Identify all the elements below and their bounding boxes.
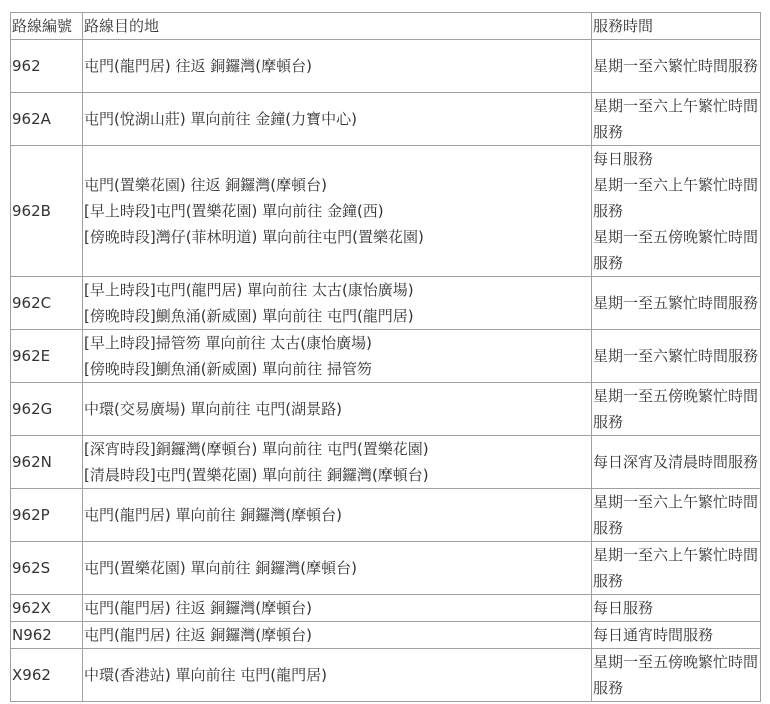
destination-line: 中環(香港站) 單向前往 屯門(龍門居) [84,662,590,688]
destination-line: [深宵時段]銅鑼灣(摩頓台) 單向前往 屯門(置樂花園) [84,436,590,462]
route-table-body: 962屯門(龍門居) 往返 銅鑼灣(摩頓台)星期一至六繁忙時間服務962A屯門(… [11,40,761,702]
service-line: 每日通宵時間服務 [593,622,759,648]
table-row: 962S屯門(置樂花園) 單向前往 銅鑼灣(摩頓台)星期一至六上午繁忙時間服務 [11,542,761,595]
destination-line: [清晨時段]屯門(置樂花園) 單向前往 銅鑼灣(摩頓台) [84,462,590,488]
route-destination: 屯門(龍門居) 單向前往 銅鑼灣(摩頓台) [83,489,592,542]
destination-line: 屯門(龍門居) 往返 銅鑼灣(摩頓台) [84,622,590,648]
route-number: 962S [11,542,83,595]
table-row: 962A屯門(悅湖山莊) 單向前往 金鐘(力寶中心)星期一至六上午繁忙時間服務 [11,93,761,146]
header-row: 路線編號 路線目的地 服務時間 [11,13,761,40]
route-destination: [早上時段]掃管笏 單向前往 太古(康怡廣場)[傍晚時段]鰂魚涌(新威園) 單向… [83,330,592,383]
service-hours: 星期一至五傍晚繁忙時間服務 [592,649,761,702]
service-line: 星期一至六上午繁忙時間服務 [593,542,759,594]
route-destination: [深宵時段]銅鑼灣(摩頓台) 單向前往 屯門(置樂花園)[清晨時段]屯門(置樂花… [83,436,592,489]
service-hours: 每日服務星期一至六上午繁忙時間服務星期一至五傍晚繁忙時間服務 [592,146,761,277]
service-hours: 星期一至五傍晚繁忙時間服務 [592,383,761,436]
table-row: 962X屯門(龍門居) 往返 銅鑼灣(摩頓台)每日服務 [11,595,761,622]
destination-line: [傍晚時段]鰂魚涌(新威園) 單向前往 屯門(龍門居) [84,303,590,329]
route-number: 962 [11,40,83,93]
route-number: 962B [11,146,83,277]
header-route-number: 路線編號 [11,13,83,40]
service-hours: 星期一至六上午繁忙時間服務 [592,489,761,542]
destination-line: [早上時段]掃管笏 單向前往 太古(康怡廣場) [84,330,590,356]
route-number: N962 [11,622,83,649]
service-line: 星期一至六上午繁忙時間服務 [593,172,759,224]
table-row: 962B屯門(置樂花園) 往返 銅鑼灣(摩頓台)[早上時段]屯門(置樂花園) 單… [11,146,761,277]
route-destination: 屯門(置樂花園) 往返 銅鑼灣(摩頓台)[早上時段]屯門(置樂花園) 單向前往 … [83,146,592,277]
service-hours: 每日通宵時間服務 [592,622,761,649]
service-line: 每日服務 [593,595,759,621]
destination-line: [傍晚時段]灣仔(菲林明道) 單向前往屯門(置樂花園) [84,224,590,250]
service-line: 星期一至六上午繁忙時間服務 [593,93,759,145]
table-row: 962N[深宵時段]銅鑼灣(摩頓台) 單向前往 屯門(置樂花園)[清晨時段]屯門… [11,436,761,489]
table-row: 962E[早上時段]掃管笏 單向前往 太古(康怡廣場)[傍晚時段]鰂魚涌(新威園… [11,330,761,383]
service-line: 星期一至五傍晚繁忙時間服務 [593,383,759,435]
route-number: 962E [11,330,83,383]
destination-line: 屯門(置樂花園) 往返 銅鑼灣(摩頓台) [84,172,590,198]
service-hours: 每日服務 [592,595,761,622]
service-line: 每日深宵及清晨時間服務 [593,449,759,475]
service-line: 星期一至六繁忙時間服務 [593,343,759,369]
service-hours: 星期一至六繁忙時間服務 [592,330,761,383]
table-row: 962C[早上時段]屯門(龍門居) 單向前往 太古(康怡廣場)[傍晚時段]鰂魚涌… [11,277,761,330]
header-route-destination: 路線目的地 [83,13,592,40]
header-service-hours: 服務時間 [592,13,761,40]
route-table: 路線編號 路線目的地 服務時間 962屯門(龍門居) 往返 銅鑼灣(摩頓台)星期… [10,12,761,702]
service-line: 星期一至五傍晚繁忙時間服務 [593,649,759,701]
route-number: 962N [11,436,83,489]
destination-line: 屯門(龍門居) 往返 銅鑼灣(摩頓台) [84,53,590,79]
destination-line: [早上時段]屯門(置樂花園) 單向前往 金鐘(西) [84,198,590,224]
route-destination: 屯門(悅湖山莊) 單向前往 金鐘(力寶中心) [83,93,592,146]
table-row: N962屯門(龍門居) 往返 銅鑼灣(摩頓台)每日通宵時間服務 [11,622,761,649]
route-destination: [早上時段]屯門(龍門居) 單向前往 太古(康怡廣場)[傍晚時段]鰂魚涌(新威園… [83,277,592,330]
service-hours: 星期一至六上午繁忙時間服務 [592,542,761,595]
route-number: 962X [11,595,83,622]
destination-line: 中環(交易廣場) 單向前往 屯門(湖景路) [84,396,590,422]
table-row: 962屯門(龍門居) 往返 銅鑼灣(摩頓台)星期一至六繁忙時間服務 [11,40,761,93]
service-line: 星期一至五繁忙時間服務 [593,290,759,316]
service-line: 星期一至五傍晚繁忙時間服務 [593,224,759,276]
service-hours: 星期一至六上午繁忙時間服務 [592,93,761,146]
route-number: 962P [11,489,83,542]
route-number: 962C [11,277,83,330]
table-row: 962G中環(交易廣場) 單向前往 屯門(湖景路)星期一至五傍晚繁忙時間服務 [11,383,761,436]
service-line: 每日服務 [593,146,759,172]
destination-line: [傍晚時段]鰂魚涌(新威園) 單向前往 掃管笏 [84,356,590,382]
destination-line: 屯門(龍門居) 單向前往 銅鑼灣(摩頓台) [84,502,590,528]
table-row: X962中環(香港站) 單向前往 屯門(龍門居)星期一至五傍晚繁忙時間服務 [11,649,761,702]
route-destination: 屯門(置樂花園) 單向前往 銅鑼灣(摩頓台) [83,542,592,595]
route-number: 962A [11,93,83,146]
route-destination: 中環(交易廣場) 單向前往 屯門(湖景路) [83,383,592,436]
route-destination: 屯門(龍門居) 往返 銅鑼灣(摩頓台) [83,40,592,93]
service-hours: 星期一至六繁忙時間服務 [592,40,761,93]
route-destination: 屯門(龍門居) 往返 銅鑼灣(摩頓台) [83,595,592,622]
table-row: 962P屯門(龍門居) 單向前往 銅鑼灣(摩頓台)星期一至六上午繁忙時間服務 [11,489,761,542]
route-number: 962G [11,383,83,436]
service-line: 星期一至六繁忙時間服務 [593,53,759,79]
route-destination: 中環(香港站) 單向前往 屯門(龍門居) [83,649,592,702]
route-destination: 屯門(龍門居) 往返 銅鑼灣(摩頓台) [83,622,592,649]
destination-line: 屯門(悅湖山莊) 單向前往 金鐘(力寶中心) [84,106,590,132]
destination-line: [早上時段]屯門(龍門居) 單向前往 太古(康怡廣場) [84,277,590,303]
route-number: X962 [11,649,83,702]
service-hours: 每日深宵及清晨時間服務 [592,436,761,489]
destination-line: 屯門(龍門居) 往返 銅鑼灣(摩頓台) [84,595,590,621]
service-hours: 星期一至五繁忙時間服務 [592,277,761,330]
service-line: 星期一至六上午繁忙時間服務 [593,489,759,541]
destination-line: 屯門(置樂花園) 單向前往 銅鑼灣(摩頓台) [84,555,590,581]
